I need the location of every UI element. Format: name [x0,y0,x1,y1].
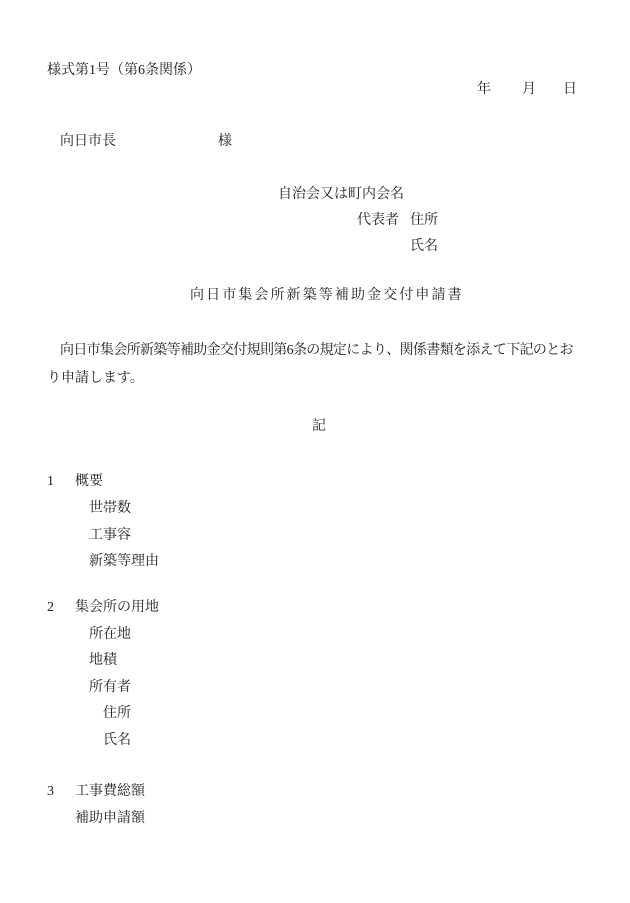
date-year-label: 年 [477,82,491,97]
representative-address-label: 住所 [410,213,438,228]
section-2-item-land-area: 地積 [89,653,117,668]
date-line: 年 月 日 [477,82,491,157]
association-name-label: 自治会又は町内会名 [278,187,404,202]
addressee-line: 向日市長 様 [60,134,74,194]
representative-label: 代表者 [357,213,399,228]
section-3-heading: 3 工事費総額 [47,784,61,844]
date-month-label: 月 [522,82,536,97]
section-1-heading: 1 概要 [47,474,61,534]
document-title: 向日市集会所新築等補助金交付申請書 [190,288,464,303]
section-2-item-owner-address: 住所 [103,706,131,721]
section-2-item-owner-name: 氏名 [103,733,131,748]
section-3-title: 工事費総額 [75,784,145,799]
section-1-item-households: 世帯数 [89,501,131,516]
representative-name-label: 氏名 [410,239,438,254]
section-1-item-work-description: 工事容 [89,528,131,543]
section-2-item-location: 所在地 [89,627,131,642]
addressee-name: 向日市長 [60,134,116,149]
section-1-number: 1 [47,474,54,489]
document-page: 様式第1号（第6条関係） 年 月 日 向日市長 様 自治会又は町内会名 代表者 … [0,0,630,903]
date-day-label: 日 [563,82,577,97]
section-2-heading: 2 集会所の用地 [47,600,61,660]
section-2-item-owner: 所有者 [89,680,131,695]
section-2-title: 集会所の用地 [75,600,159,615]
section-1-title: 概要 [75,474,103,489]
section-1-item-construction-reason: 新築等理由 [89,554,159,569]
section-3-number: 3 [47,784,54,799]
body-paragraph-line-2: り申請します。 [47,371,144,386]
form-number-label: 様式第1号（第6条関係） [47,63,201,78]
representative-line: 代表者 住所 [357,213,371,273]
body-paragraph-line-1: 向日市集会所新築等補助金交付規則第6条の規定により、関係書類を添えて下記のとお [60,343,573,358]
section-3-item-subsidy-amount: 補助申請額 [75,811,145,826]
section-2-number: 2 [47,600,54,615]
addressee-honorific: 様 [218,134,232,149]
record-marker: 記 [312,419,326,434]
